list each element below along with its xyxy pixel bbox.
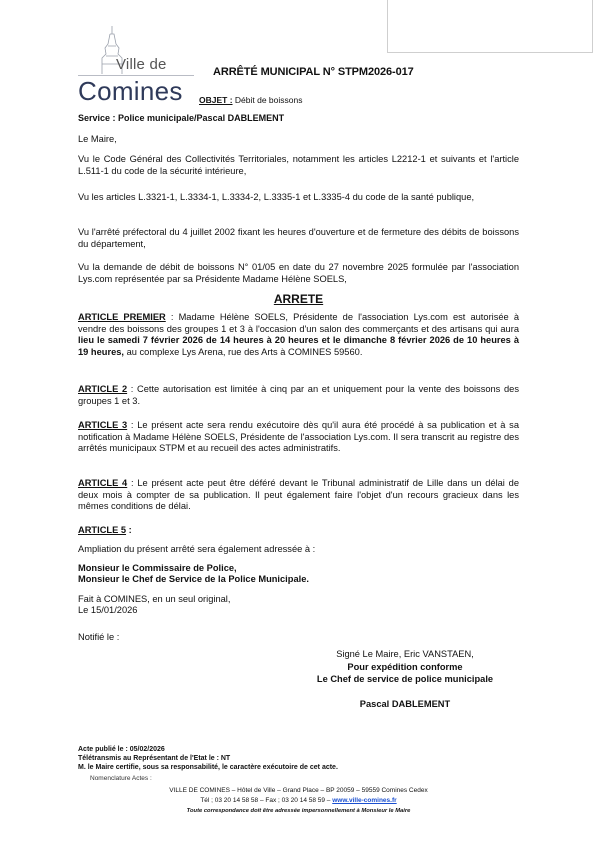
article-4-label: ARTICLE 4 [78, 478, 127, 488]
vu-arrete-prefectoral: Vu l'arrêté préfectoral du 4 juillet 200… [78, 227, 519, 250]
fait-a-comines: Fait à COMINES, en un seul original, [78, 594, 519, 605]
website-link[interactable]: www.ville-comines.fr [332, 797, 396, 804]
date-signature: Le 15/01/2026 [78, 605, 519, 616]
logo-ville-de: Ville de [116, 56, 167, 73]
le-maire: Le Maire, [78, 134, 519, 146]
stamp-box [387, 0, 593, 53]
footer-address: VILLE DE COMINES – Hôtel de Ville – Gran… [78, 786, 519, 796]
city-logo: Ville de Comines [78, 26, 194, 108]
article-3-label: ARTICLE 3 [78, 420, 127, 430]
destinataire-chef-police: Monsieur le Chef de Service de la Police… [78, 574, 519, 585]
certification: M. le Maire certifie, sous sa responsabi… [78, 763, 338, 772]
vu-cgct: Vu le Code Général des Collectivités Ter… [78, 154, 519, 177]
notifie-le: Notifié le : [78, 632, 519, 644]
publication-block: Acte publié le : 05/02/2026 Télétransmis… [78, 745, 338, 772]
article-1: ARTICLE PREMIER : Madame Hélène SOELS, P… [78, 312, 519, 358]
vu-code-sante: Vu les articles L.3321-1, L.3334-1, L.33… [78, 192, 519, 204]
acte-publie: Acte publié le : 05/02/2026 [78, 745, 338, 754]
arrete-heading: ARRETE [78, 292, 519, 306]
expedition-conforme: Pour expédition conforme [260, 661, 550, 674]
article-4: ARTICLE 4 : Le présent acte peut être dé… [78, 478, 519, 513]
objet-value: Débit de boissons [235, 95, 303, 105]
nomenclature: Nomenclature Actes : [90, 775, 152, 782]
ampliation: Ampliation du présent arrêté sera égalem… [78, 544, 519, 556]
service-line: Service : Police municipale/Pascal DABLE… [78, 113, 519, 125]
chef-service: Le Chef de service de police municipale [260, 673, 550, 686]
fait-a: Fait à COMINES, en un seul original, Le … [78, 594, 519, 616]
article-5-label: ARTICLE 5 [78, 525, 126, 535]
article-3: ARTICLE 3 : Le présent acte sera rendu e… [78, 420, 519, 455]
article-2-label: ARTICLE 2 [78, 384, 127, 394]
footer: VILLE DE COMINES – Hôtel de Ville – Gran… [78, 786, 519, 816]
vu-demande: Vu la demande de débit de boissons N° 01… [78, 262, 519, 285]
signature-maire: Signé Le Maire, Eric VANSTAEN, [260, 648, 550, 661]
footer-notice: Toute correspondance doit être adressée … [78, 806, 519, 816]
teletransmis: Télétransmis au Représentant de l'Etat l… [78, 754, 338, 763]
footer-contact: Tél ; 03 20 14 58 58 – Fax ; 03 20 14 58… [78, 796, 519, 806]
article-2: ARTICLE 2 : Cette autorisation est limit… [78, 384, 519, 407]
document-title: ARRÊTÉ MUNICIPAL N° STPM2026-017 [213, 66, 414, 78]
signatory-name: Pascal DABLEMENT [260, 698, 550, 711]
objet-label: OBJET : [199, 95, 233, 105]
signature-block: Signé Le Maire, Eric VANSTAEN, Pour expé… [260, 648, 550, 710]
article-5: ARTICLE 5 : [78, 525, 519, 537]
objet-line: OBJET : Débit de boissons [199, 95, 302, 105]
article-1-label: ARTICLE PREMIER [78, 312, 166, 322]
destinataires: Monsieur le Commissaire de Police, Monsi… [78, 563, 519, 585]
destinataire-commissaire: Monsieur le Commissaire de Police, [78, 563, 519, 574]
logo-comines: Comines [78, 76, 183, 107]
